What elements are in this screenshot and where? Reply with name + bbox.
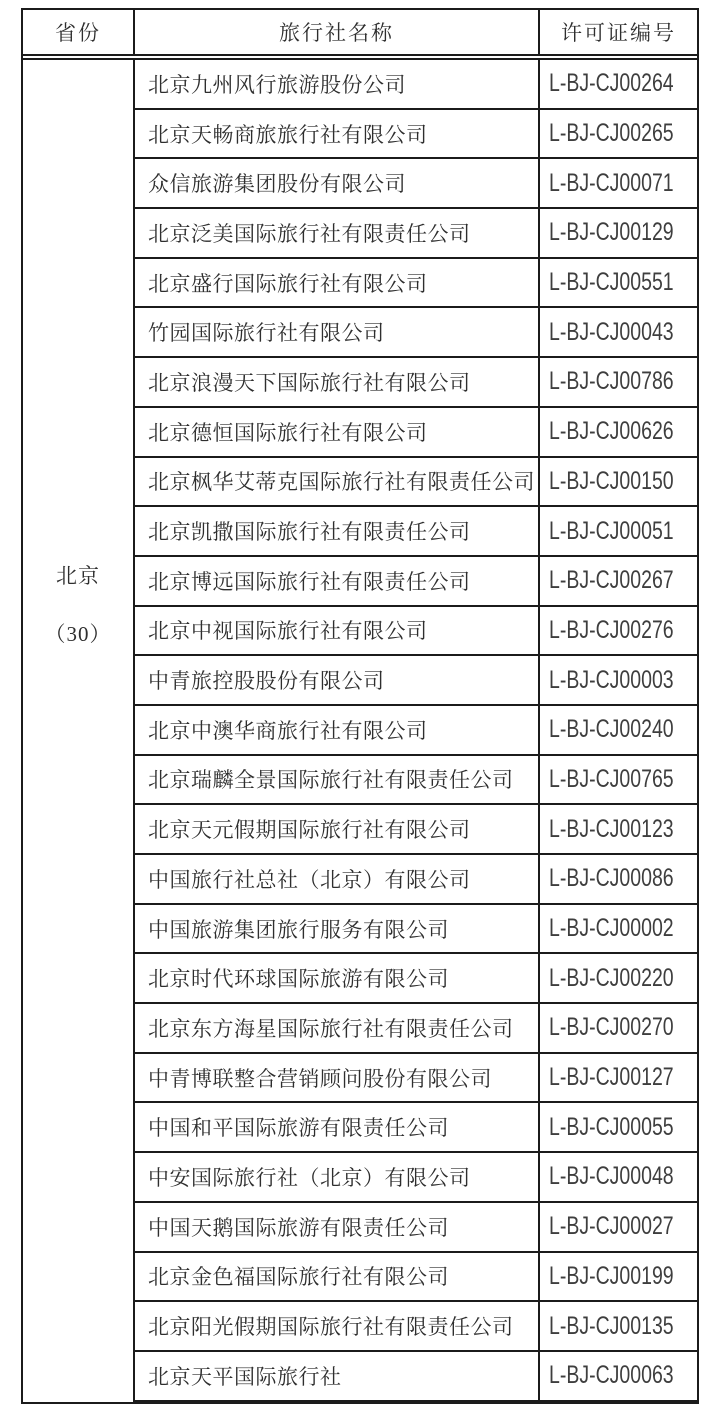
agency-name-cell: 北京浪漫天下国际旅行社有限公司 (135, 358, 540, 408)
agency-name-cell: 中国和平国际旅游有限责任公司 (135, 1103, 540, 1153)
license-number-text: L-BJ-CJ00150 (549, 467, 674, 496)
license-number-text: L-BJ-CJ00199 (549, 1262, 674, 1291)
agency-name-cell: 中安国际旅行社（北京）有限公司 (135, 1153, 540, 1203)
agency-name-cell: 北京东方海星国际旅行社有限责任公司 (135, 1004, 540, 1054)
agency-name-cell: 北京金色福国际旅行社有限公司 (135, 1253, 540, 1303)
license-number-text: L-BJ-CJ00003 (549, 666, 674, 695)
agency-name-cell: 北京德恒国际旅行社有限公司 (135, 408, 540, 458)
license-number-cell: L-BJ-CJ00199 (540, 1253, 697, 1303)
license-number-text: L-BJ-CJ00135 (549, 1312, 674, 1341)
agency-name-cell: 北京九州风行旅游股份公司 (135, 60, 540, 110)
license-number-cell: L-BJ-CJ00240 (540, 706, 697, 756)
license-number-text: L-BJ-CJ00048 (549, 1162, 674, 1191)
license-number-text: L-BJ-CJ00051 (549, 517, 674, 546)
license-number-text: L-BJ-CJ00086 (549, 864, 674, 893)
agency-name-cell: 中国天鹅国际旅游有限责任公司 (135, 1203, 540, 1253)
agency-name-cell: 北京时代环球国际旅游有限公司 (135, 954, 540, 1004)
agency-name-cell: 中国旅游集团旅行服务有限公司 (135, 905, 540, 955)
agency-name-cell: 竹园国际旅行社有限公司 (135, 308, 540, 358)
license-number-cell: L-BJ-CJ00003 (540, 656, 697, 706)
agency-name-cell: 北京瑞麟全景国际旅行社有限责任公司 (135, 756, 540, 806)
license-number-cell: L-BJ-CJ00051 (540, 507, 697, 557)
agency-name-cell: 北京中澳华商旅行社有限公司 (135, 706, 540, 756)
agency-name-cell: 北京枫华艾蒂克国际旅行社有限责任公司 (135, 458, 540, 508)
license-number-cell: L-BJ-CJ00048 (540, 1153, 697, 1203)
license-number-cell: L-BJ-CJ00063 (540, 1352, 697, 1400)
agency-name-cell: 北京中视国际旅行社有限公司 (135, 607, 540, 657)
license-number-text: L-BJ-CJ00043 (549, 318, 674, 347)
agency-name-cell: 北京凯撒国际旅行社有限责任公司 (135, 507, 540, 557)
license-number-text: L-BJ-CJ00055 (549, 1113, 674, 1142)
agency-name-cell: 中国旅行社总社（北京）有限公司 (135, 855, 540, 905)
license-number-text: L-BJ-CJ00270 (549, 1013, 674, 1042)
license-number-text: L-BJ-CJ00786 (549, 367, 674, 396)
license-number-cell: L-BJ-CJ00055 (540, 1103, 697, 1153)
province-count: （30） (23, 620, 133, 648)
license-number-cell: L-BJ-CJ00129 (540, 209, 697, 259)
license-number-cell: L-BJ-CJ00626 (540, 408, 697, 458)
license-number-cell: L-BJ-CJ00551 (540, 259, 697, 309)
license-number-text: L-BJ-CJ00002 (549, 914, 674, 943)
license-number-text: L-BJ-CJ00265 (549, 119, 674, 148)
license-number-text: L-BJ-CJ00027 (549, 1212, 674, 1241)
license-number-cell: L-BJ-CJ00220 (540, 954, 697, 1004)
license-number-text: L-BJ-CJ00276 (549, 616, 674, 645)
travel-agency-license-table: 省份 旅行社名称 许可证编号 北京 （30） 北京九州风行旅游股份公司 L-BJ… (21, 8, 699, 1400)
license-number-cell: L-BJ-CJ00265 (540, 110, 697, 160)
agency-name-cell: 众信旅游集团股份有限公司 (135, 159, 540, 209)
license-number-cell: L-BJ-CJ00267 (540, 557, 697, 607)
license-number-cell: L-BJ-CJ00765 (540, 756, 697, 806)
license-number-text: L-BJ-CJ00267 (549, 566, 674, 595)
agency-name-cell: 中青博联整合营销顾问股份有限公司 (135, 1054, 540, 1104)
agency-name-cell: 中青旅控股股份有限公司 (135, 656, 540, 706)
license-number-cell: L-BJ-CJ00123 (540, 805, 697, 855)
license-number-text: L-BJ-CJ00264 (549, 69, 674, 98)
license-number-text: L-BJ-CJ00765 (549, 765, 674, 794)
license-number-text: L-BJ-CJ00129 (549, 218, 674, 247)
header-province: 省份 (23, 10, 135, 54)
license-number-cell: L-BJ-CJ00086 (540, 855, 697, 905)
table-body: 北京 （30） 北京九州风行旅游股份公司 L-BJ-CJ00264 北京天畅商旅… (23, 58, 697, 1400)
license-number-text: L-BJ-CJ00626 (549, 417, 674, 446)
license-number-text: L-BJ-CJ00063 (549, 1361, 674, 1390)
agency-name-cell: 北京天平国际旅行社 (135, 1352, 540, 1400)
license-number-text: L-BJ-CJ00220 (549, 964, 674, 993)
table-header-row: 省份 旅行社名称 许可证编号 (23, 10, 697, 56)
agency-name-cell: 北京天元假期国际旅行社有限公司 (135, 805, 540, 855)
license-number-cell: L-BJ-CJ00002 (540, 905, 697, 955)
license-number-text: L-BJ-CJ00127 (549, 1063, 674, 1092)
license-number-text: L-BJ-CJ00071 (549, 169, 674, 198)
license-number-text: L-BJ-CJ00551 (549, 268, 674, 297)
province-name: 北京 (23, 562, 133, 590)
header-agency-name: 旅行社名称 (135, 10, 540, 54)
license-number-cell: L-BJ-CJ00043 (540, 308, 697, 358)
license-number-cell: L-BJ-CJ00264 (540, 60, 697, 110)
license-number-text: L-BJ-CJ00123 (549, 815, 674, 844)
license-number-cell: L-BJ-CJ00127 (540, 1054, 697, 1104)
header-license-number: 许可证编号 (540, 10, 697, 54)
agency-name-cell: 北京博远国际旅行社有限责任公司 (135, 557, 540, 607)
license-number-cell: L-BJ-CJ00071 (540, 159, 697, 209)
license-number-text: L-BJ-CJ00240 (549, 715, 674, 744)
license-number-cell: L-BJ-CJ00150 (540, 458, 697, 508)
agency-name-cell: 北京泛美国际旅行社有限责任公司 (135, 209, 540, 259)
license-number-cell: L-BJ-CJ00270 (540, 1004, 697, 1054)
license-number-cell: L-BJ-CJ00027 (540, 1203, 697, 1253)
agency-name-cell: 北京阳光假期国际旅行社有限责任公司 (135, 1302, 540, 1352)
license-number-cell: L-BJ-CJ00786 (540, 358, 697, 408)
agency-name-cell: 北京天畅商旅旅行社有限公司 (135, 110, 540, 160)
license-number-cell: L-BJ-CJ00135 (540, 1302, 697, 1352)
license-number-cell: L-BJ-CJ00276 (540, 607, 697, 657)
province-rowspan-cell: 北京 （30） (23, 60, 135, 1400)
agency-name-cell: 北京盛行国际旅行社有限公司 (135, 259, 540, 309)
